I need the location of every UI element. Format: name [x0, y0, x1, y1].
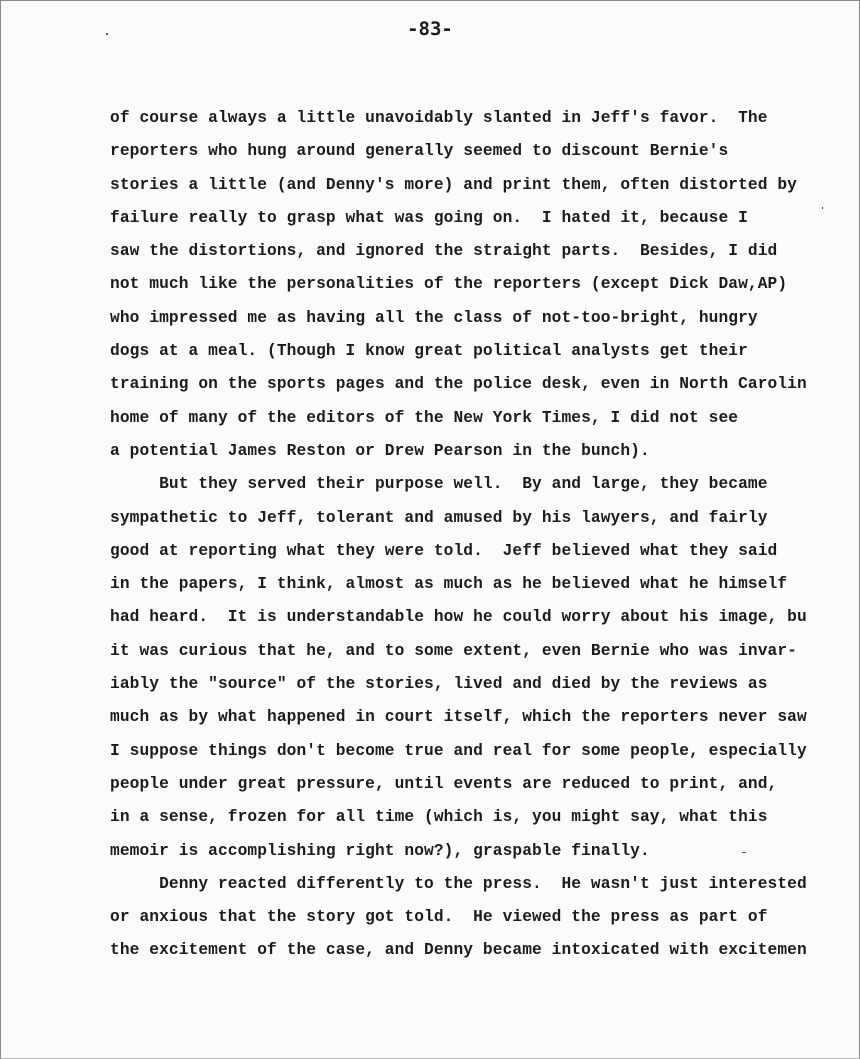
text-line: saw the distortions, and ignored the str… [110, 235, 860, 268]
paragraph: Denny reacted differently to the press. … [110, 868, 860, 968]
text-line: stories a little (and Denny's more) and … [110, 169, 860, 202]
text-line: people under great pressure, until event… [110, 768, 860, 801]
text-line: iably the "source" of the stories, lived… [110, 668, 860, 701]
text-line: sympathetic to Jeff, tolerant and amused… [110, 502, 860, 535]
text-line: much as by what happened in court itself… [110, 701, 860, 734]
text-line: good at reporting what they were told. J… [110, 535, 860, 568]
scan-speck [106, 33, 108, 35]
paragraph: of course always a little unavoidably sl… [110, 102, 860, 468]
text-line: home of many of the editors of the New Y… [110, 402, 860, 435]
typewritten-body: of course always a little unavoidably sl… [110, 102, 860, 968]
text-line: reporters who hung around generally seem… [110, 135, 860, 168]
text-line: had heard. It is understandable how he c… [110, 601, 860, 634]
text-line: failure really to grasp what was going o… [110, 202, 860, 235]
page-number: -83- [0, 18, 860, 40]
text-line: in the papers, I think, almost as much a… [110, 568, 860, 601]
text-line: a potential James Reston or Drew Pearson… [110, 435, 860, 468]
text-line: or anxious that the story got told. He v… [110, 901, 860, 934]
text-line: memoir is accomplishing right now?), gra… [110, 835, 860, 868]
text-line: I suppose things don't become true and r… [110, 735, 860, 768]
text-line: But they served their purpose well. By a… [110, 468, 860, 501]
text-line: of course always a little unavoidably sl… [110, 102, 860, 135]
text-line: training on the sports pages and the pol… [110, 368, 860, 401]
text-line: in a sense, frozen for all time (which i… [110, 801, 860, 834]
text-line: Denny reacted differently to the press. … [110, 868, 860, 901]
text-line: it was curious that he, and to some exte… [110, 635, 860, 668]
text-line: who impressed me as having all the class… [110, 302, 860, 335]
paragraph: But they served their purpose well. By a… [110, 468, 860, 868]
text-line: the excitement of the case, and Denny be… [110, 934, 860, 967]
text-line: not much like the personalities of the r… [110, 268, 860, 301]
text-line: dogs at a meal. (Though I know great pol… [110, 335, 860, 368]
